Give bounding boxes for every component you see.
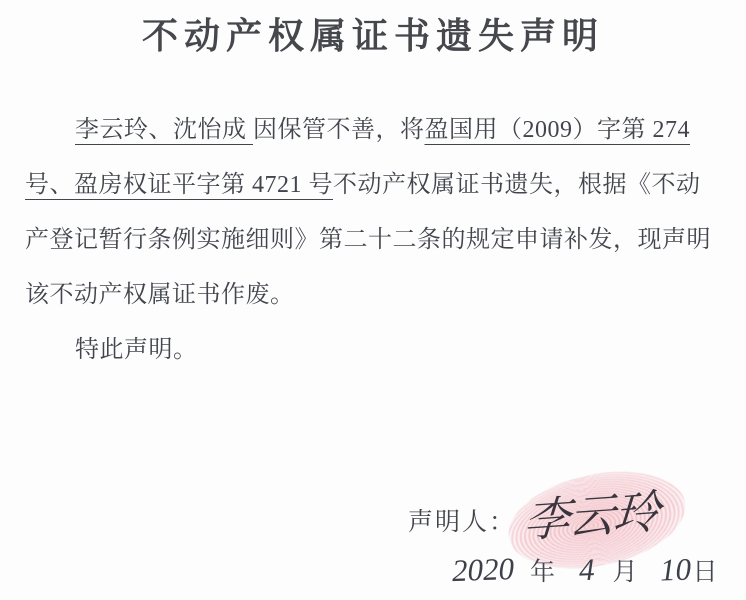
declaration-body: 李云玲、沈怡成 因保管不善，将盈国用（2009）字第 274 号、盈房权证平字第… xyxy=(25,103,725,378)
body-line-1: 李云玲、沈怡成 因保管不善，将盈国用（2009）字第 274 xyxy=(25,103,725,158)
declarant-label: 声明人： xyxy=(408,502,516,538)
body-line-4: 该不动产权属证书作废。 xyxy=(25,268,725,323)
body-line-3: 产登记暂行条例实施细则》第二十二条的规定申请补发，现声明 xyxy=(25,213,725,268)
scanned-declaration-document: 不动产权属证书遗失声明 李云玲、沈怡成 因保管不善，将盈国用（2009）字第 2… xyxy=(0,0,746,600)
date-month-unit: 月 xyxy=(613,552,638,588)
handwritten-signature: 李云玲 xyxy=(522,475,661,551)
closing-statement: 特此声明。 xyxy=(25,323,725,378)
body-text-middle: 因保管不善，将 xyxy=(253,117,425,143)
date-year: 2020 xyxy=(451,551,514,589)
document-title: 不动产权属证书遗失声明 xyxy=(0,8,746,59)
date-year-unit: 年 xyxy=(530,552,555,588)
body-text-rest: 不动产权属证书遗失，根据《不动 xyxy=(333,172,701,198)
date-day: 10 xyxy=(659,551,691,588)
body-line-2: 号、盈房权证平字第 4721 号不动产权属证书遗失，根据《不动 xyxy=(25,158,725,213)
date-day-unit: 日 xyxy=(693,552,718,588)
date-month: 4 xyxy=(578,552,595,589)
handwritten-date: 2020 年 4 月 10 日 xyxy=(452,552,718,588)
certificate-number-2-underlined: 号、盈房权证平字第 4721 号 xyxy=(25,172,333,198)
certificate-number-1-underlined: 盈国用（2009）字第 274 xyxy=(425,117,691,143)
declarant-names-underlined: 李云玲、沈怡成 xyxy=(75,117,253,143)
